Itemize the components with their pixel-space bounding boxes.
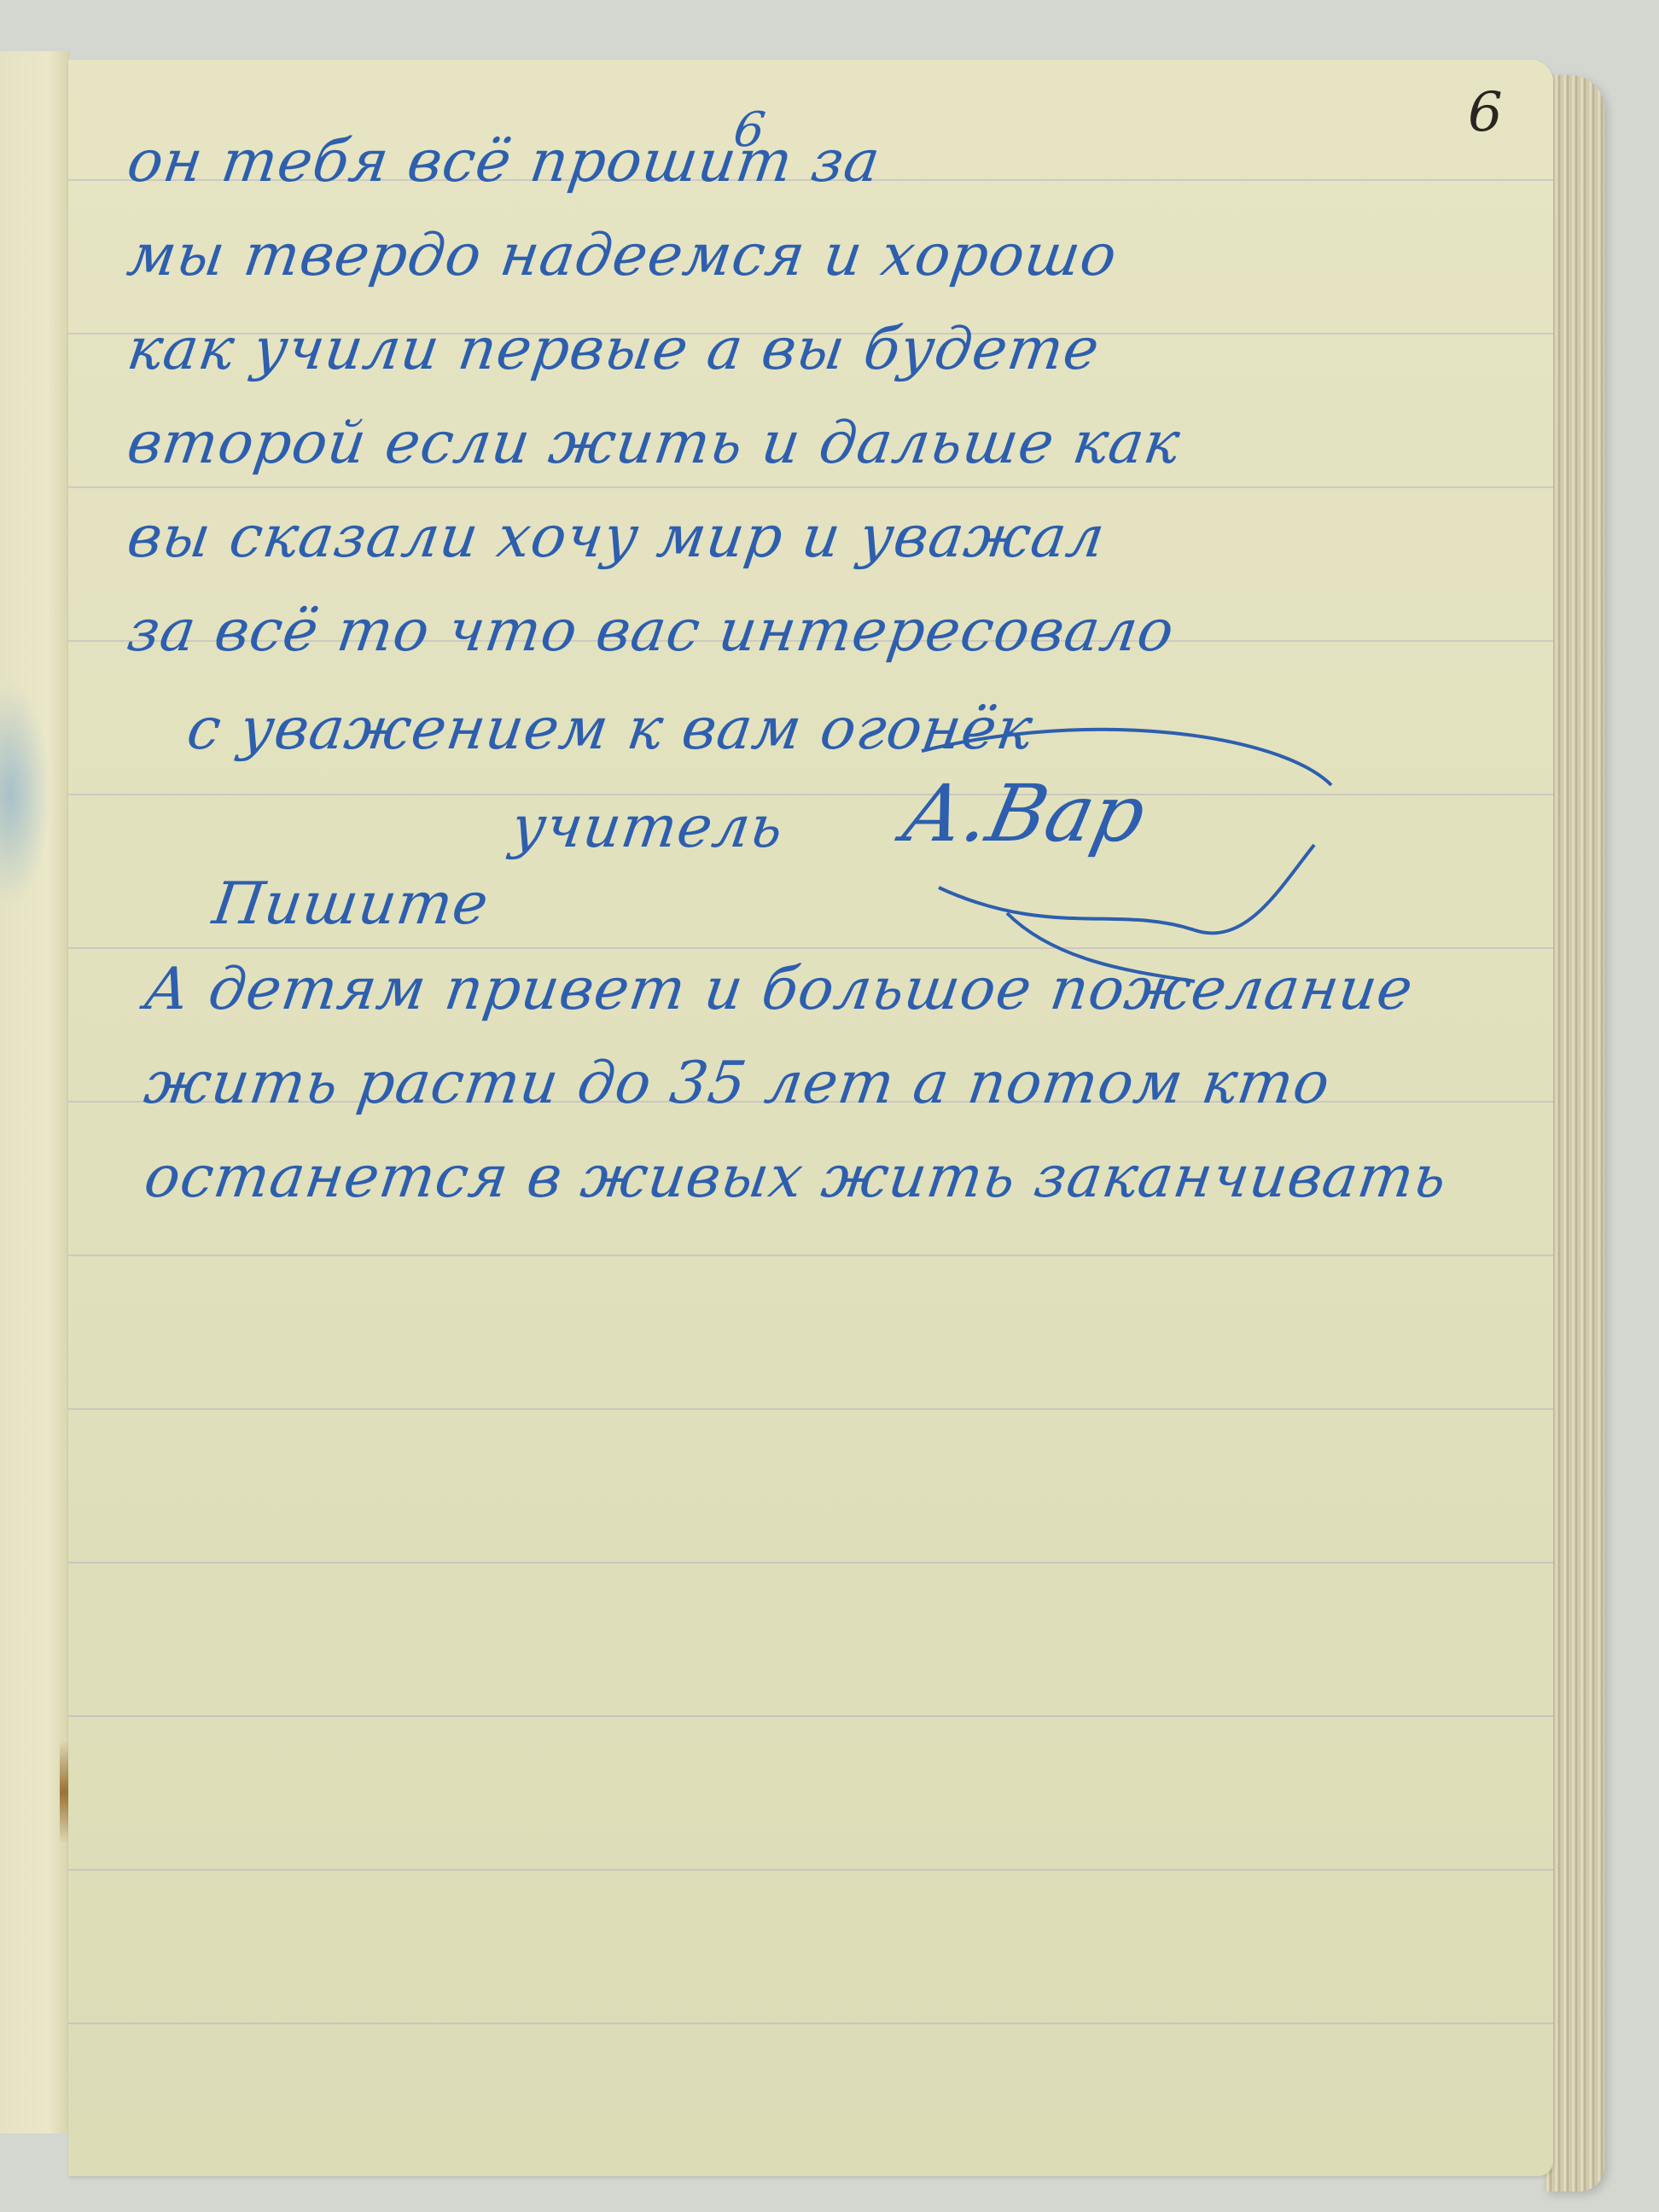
page-stack-edge — [1545, 75, 1604, 2192]
ruled-line — [68, 1715, 1553, 1717]
handwritten-line: второй если жить и дальше как — [123, 410, 1185, 477]
postscript-heading: Пишите — [208, 870, 492, 938]
signature-text: А.Вар — [895, 768, 1154, 859]
facing-page-edge — [0, 51, 69, 2133]
line-text: он тебя всё прошит за — [123, 128, 884, 195]
handwritten-line: за всё то что вас интересовало — [123, 597, 1179, 665]
ruled-line — [68, 1869, 1553, 1871]
handwritten-line: как учили первые а вы будете — [123, 316, 1103, 383]
handwritten-line: А детям привет и большое пожелание — [140, 956, 1417, 1023]
ink-bleed-stain — [0, 683, 51, 905]
handwritten-line: останется в живых жить заканчивать — [140, 1144, 1451, 1211]
closing-title: учитель — [507, 794, 788, 861]
ruled-line — [68, 1408, 1553, 1410]
page-number: 6 — [1468, 81, 1503, 144]
handwritten-line: мы твердо надеемся и хорошо — [123, 222, 1121, 289]
notebook-page: 6 он тебя всё прошит за 6 мы твердо наде… — [68, 60, 1553, 2176]
ruled-line — [68, 1562, 1553, 1563]
handwritten-line: вы сказали хочу мир и уважал — [123, 504, 1109, 571]
ruled-line — [68, 2023, 1553, 2024]
ruled-line — [68, 486, 1553, 488]
handwritten-line: он тебя всё прошит за 6 — [123, 128, 884, 195]
ruled-line — [68, 1254, 1553, 1256]
handwritten-line: жить расти до 35 лет а потом кто — [140, 1050, 1334, 1117]
